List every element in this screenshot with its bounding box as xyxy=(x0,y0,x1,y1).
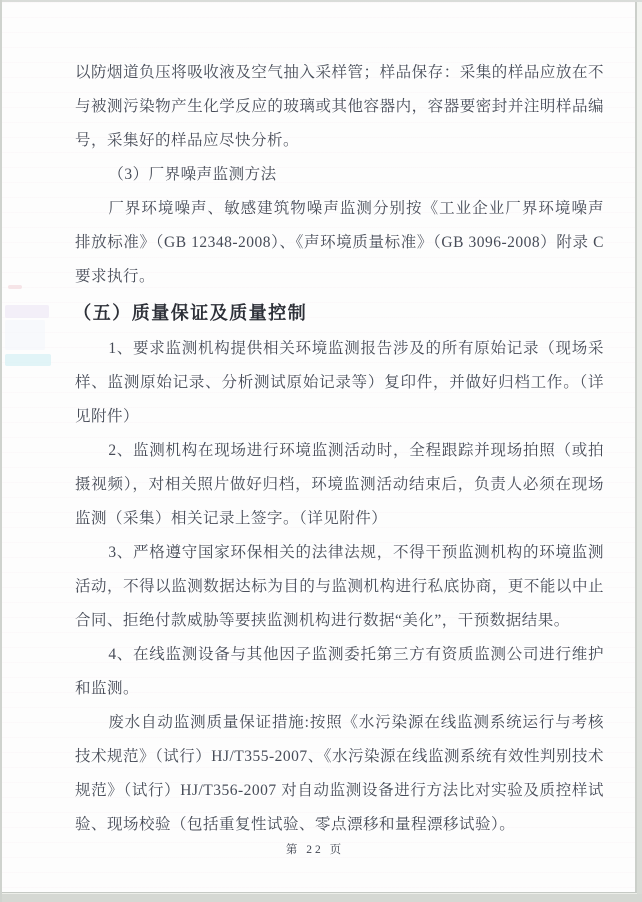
paragraph: 厂界环境噪声、敏感建筑物噪声监测分别按《工业企业厂界环境噪声排放标准》（GB 1… xyxy=(75,192,604,294)
scan-artifact xyxy=(5,305,49,318)
scan-frame-right-edge xyxy=(637,0,642,902)
paragraph: （3）厂界噪声监测方法 xyxy=(75,158,604,192)
scan-artifact xyxy=(5,320,45,350)
document-page: 以防烟道负压将吸收液及空气抽入采样管；样品保存：采集的样品应放在不与被测污染物产… xyxy=(2,2,637,893)
page-footer: 第 22 页 xyxy=(2,840,628,858)
section-heading: （五）质量保证及质量控制 xyxy=(75,294,604,332)
paragraph: 4、在线监测设备与其他因子监测委托第三方有资质监测公司进行维护和监测。 xyxy=(75,638,604,706)
scan-artifact xyxy=(8,285,22,289)
page-number: 第 22 页 xyxy=(286,844,344,856)
scan-frame-bottom-edge xyxy=(0,894,642,902)
paragraph: 1、要求监测机构提供相关环境监测报告涉及的所有原始记录（现场采样、监测原始记录、… xyxy=(75,332,604,434)
paragraph: 3、严格遵守国家环保相关的法律法规，不得干预监测机构的环境监测活动，不得以监测数… xyxy=(75,536,604,638)
scan-frame-top-edge xyxy=(0,0,642,2)
paragraph: 2、监测机构在现场进行环境监测活动时，全程跟踪并现场拍照（或拍摄视频），对相关照… xyxy=(75,434,604,536)
scan-artifact xyxy=(5,354,51,366)
paragraph: 以防烟道负压将吸收液及空气抽入采样管；样品保存：采集的样品应放在不与被测污染物产… xyxy=(75,56,604,158)
scanned-document-viewport: 以防烟道负压将吸收液及空气抽入采样管；样品保存：采集的样品应放在不与被测污染物产… xyxy=(0,0,642,902)
scan-frame-left-edge xyxy=(0,0,2,902)
paragraph: 废水自动监测质量保证措施:按照《水污染源在线监测系统运行与考核技术规范》（试行）… xyxy=(75,706,604,842)
document-body: 以防烟道负压将吸收液及空气抽入采样管；样品保存：采集的样品应放在不与被测污染物产… xyxy=(75,56,604,842)
